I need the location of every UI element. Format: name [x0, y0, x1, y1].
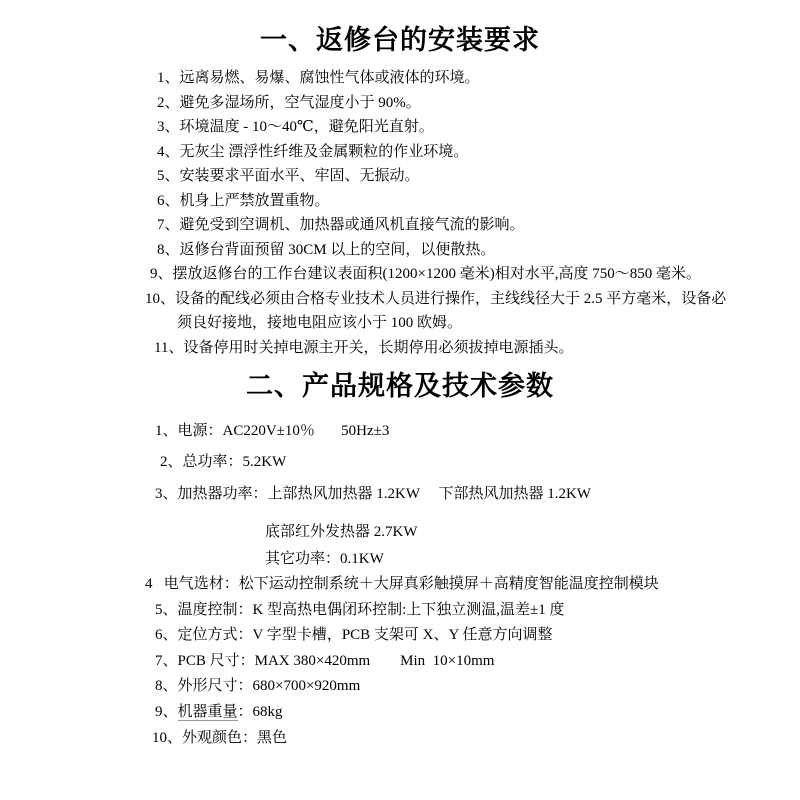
install-item-7: 7、避免受到空调机、加热器或通风机直接气流的影响。: [0, 213, 800, 238]
spec-item-dimensions: 8、外形尺寸：680×700×920mm: [0, 674, 800, 699]
spec-item-bottom-heater: 底部红外发热器 2.7KW: [0, 520, 800, 545]
install-item-2: 2、避免多湿场所，空气湿度小于 90%。: [0, 91, 800, 116]
install-item-9: 9、摆放返修台的工作台建议表面积(1200×1200 毫米)相对水平,高度 75…: [0, 262, 800, 287]
install-item-6: 6、机身上严禁放置重物。: [0, 189, 800, 214]
spec-item-heater-power: 3、加热器功率：上部热风加热器 1.2KW 下部热风加热器 1.2KW: [0, 482, 800, 507]
spec-parameters-list: 1、电源：AC220V±10％ 50Hz±3 2、总功率：5.2KW 3、加热器…: [0, 419, 800, 751]
install-item-4: 4、无灰尘 漂浮性纤维及金属颗粒的作业环境。: [0, 140, 800, 165]
document-page: 一、返修台的安装要求 1、远离易燃、易爆、腐蚀性气体或液体的环境。 2、避免多湿…: [0, 0, 800, 800]
spec-item-power-supply: 1、电源：AC220V±10％ 50Hz±3: [0, 419, 800, 444]
spec-item-positioning: 6、定位方式：V 字型卡槽，PCB 支架可 X、Y 任意方向调整: [0, 623, 800, 648]
install-item-5: 5、安装要求平面水平、牢固、无振动。: [0, 164, 800, 189]
section1-title: 一、返修台的安装要求: [0, 24, 800, 56]
weight-item-value: ：68kg: [238, 704, 283, 720]
install-item-3: 3、环境温度 - 10～40℃，避免阳光直射。: [0, 115, 800, 140]
installation-requirements-list: 1、远离易燃、易爆、腐蚀性气体或液体的环境。 2、避免多湿场所，空气湿度小于 9…: [0, 66, 800, 360]
spec-item-machine-weight: 9、机器重量：68kg: [0, 700, 800, 725]
install-item-11: 11、设备停用时关掉电源主开关，长期停用必须拔掉电源插头。: [0, 336, 800, 361]
install-item-10-cont: 须良好接地，接地电阻应该小于 100 欧姆。: [0, 311, 800, 336]
install-item-10: 10、设备的配线必须由合格专业技术人员进行操作，主线线径大于 2.5 平方毫米，…: [0, 287, 800, 312]
spec-item-other-power: 其它功率：0.1KW: [0, 547, 800, 572]
spec-item-color: 10、外观颜色：黑色: [0, 726, 800, 751]
spec-item-electric-parts: 4 电气选材：松下运动控制系统＋大屏真彩触摸屏＋高精度智能温度控制模块: [0, 572, 800, 597]
install-item-1: 1、远离易燃、易爆、腐蚀性气体或液体的环境。: [0, 66, 800, 91]
weight-item-number: 9、: [155, 704, 178, 720]
weight-item-label: 机器重量: [178, 704, 238, 721]
section2-title: 二、产品规格及技术参数: [0, 370, 800, 402]
install-item-8: 8、返修台背面预留 30CM 以上的空间，以便散热。: [0, 238, 800, 263]
spec-item-total-power: 2、总功率：5.2KW: [0, 450, 800, 475]
spec-item-pcb-size: 7、PCB 尺寸：MAX 380×420mm Min 10×10mm: [0, 649, 800, 674]
spec-item-temp-control: 5、温度控制：K 型高热电偶闭环控制:上下独立测温,温差±1 度: [0, 598, 800, 623]
